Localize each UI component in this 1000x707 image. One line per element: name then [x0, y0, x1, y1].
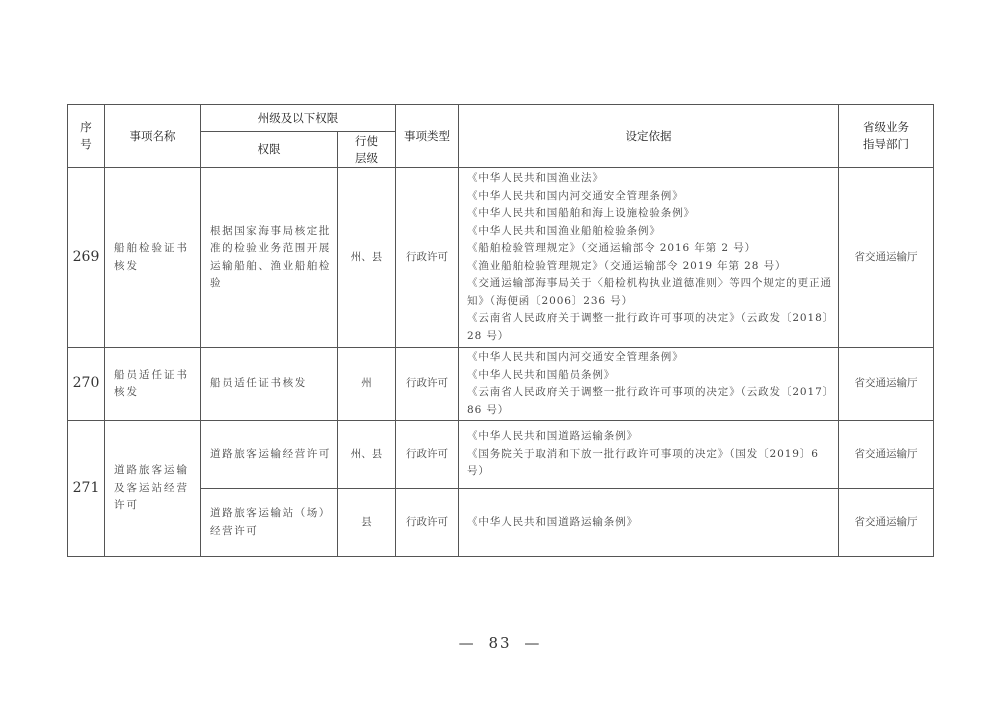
header-basis: 设定依据 — [459, 105, 839, 168]
row-department: 省交通运输厅 — [839, 348, 934, 421]
row-department: 省交通运输厅 — [839, 168, 934, 348]
header-department: 省级业务指导部门 — [839, 105, 934, 168]
row-basis: 《中华人民共和国渔业法》 《中华人民共和国内河交通安全管理条例》 《中华人民共和… — [459, 168, 839, 348]
footer-dash-right: — — [524, 634, 541, 652]
row-item-name: 道路旅客运输及客运站经营许可 — [105, 421, 201, 557]
header-item-type: 事项类型 — [396, 105, 459, 168]
row-item-name: 船员适任证书核发 — [105, 348, 201, 421]
row-basis: 《中华人民共和国道路运输条例》 《国务院关于取消和下放一批行政许可事项的决定》（… — [459, 421, 839, 489]
row-seq: 270 — [68, 348, 105, 421]
row-item-type: 行政许可 — [396, 348, 459, 421]
document-page: 序号 事项名称 州级及以下权限 事项类型 设定依据 省级业务指导部门 权限 行使… — [0, 0, 1000, 707]
row-level: 县 — [338, 489, 396, 557]
basis-line: 《船舶检验管理规定》（交通运输部令 2016 年第 2 号） — [467, 240, 832, 258]
basis-line: 《云南省人民政府关于调整一批行政许可事项的决定》（云政发〔2018〕28 号） — [467, 310, 832, 345]
row-authority: 道路旅客运输经营许可 — [201, 421, 338, 489]
table-row: 271 道路旅客运输及客运站经营许可 道路旅客运输经营许可 州、县 行政许可 《… — [68, 421, 934, 489]
row-seq: 269 — [68, 168, 105, 348]
header-item-name: 事项名称 — [105, 105, 201, 168]
basis-line: 《中华人民共和国船舶和海上设施检验条例》 — [467, 205, 832, 223]
page-footer: — 83 — — [0, 634, 1000, 652]
row-seq: 271 — [68, 421, 105, 557]
header-authority: 权限 — [201, 132, 338, 168]
row-department: 省交通运输厅 — [839, 489, 934, 557]
row-item-type: 行政许可 — [396, 421, 459, 489]
basis-line: 《交通运输部海事局关于〈船检机构执业道德准则〉等四个规定的更正通知》（海便函〔2… — [467, 275, 832, 310]
basis-line: 《中华人民共和国渔业船舶检验条例》 — [467, 223, 832, 241]
basis-line: 《中华人民共和国内河交通安全管理条例》 — [467, 349, 832, 367]
header-level: 行使层级 — [338, 132, 396, 168]
basis-line: 《中华人民共和国渔业法》 — [467, 170, 832, 188]
basis-line: 《国务院关于取消和下放一批行政许可事项的决定》（国发〔2019〕6 号） — [467, 446, 832, 481]
row-level: 州、县 — [338, 168, 396, 348]
header-scope-group: 州级及以下权限 — [201, 105, 396, 132]
basis-line: 《渔业船舶检验管理规定》（交通运输部令 2019 年第 28 号） — [467, 258, 832, 276]
basis-line: 《中华人民共和国内河交通安全管理条例》 — [467, 188, 832, 206]
table-row: 270 船员适任证书核发 船员适任证书核发 州 行政许可 《中华人民共和国内河交… — [68, 348, 934, 421]
footer-dash-left: — — [459, 634, 476, 652]
row-level: 州、县 — [338, 421, 396, 489]
page-number: 83 — [488, 634, 511, 652]
row-item-type: 行政许可 — [396, 489, 459, 557]
row-basis: 《中华人民共和国道路运输条例》 — [459, 489, 839, 557]
row-authority: 根据国家海事局核定批准的检验业务范围开展运输船舶、渔业船舶检验 — [201, 168, 338, 348]
table-row: 269 船舶检验证书核发 根据国家海事局核定批准的检验业务范围开展运输船舶、渔业… — [68, 168, 934, 348]
row-department: 省交通运输厅 — [839, 421, 934, 489]
row-basis: 《中华人民共和国内河交通安全管理条例》 《中华人民共和国船员条例》 《云南省人民… — [459, 348, 839, 421]
row-level: 州 — [338, 348, 396, 421]
row-item-name: 船舶检验证书核发 — [105, 168, 201, 348]
row-item-type: 行政许可 — [396, 168, 459, 348]
row-authority: 船员适任证书核发 — [201, 348, 338, 421]
basis-line: 《中华人民共和国道路运输条例》 — [467, 428, 832, 446]
basis-line: 《中华人民共和国船员条例》 — [467, 367, 832, 385]
row-authority: 道路旅客运输站（场）经营许可 — [201, 489, 338, 557]
basis-line: 《中华人民共和国道路运输条例》 — [467, 514, 832, 532]
header-seq: 序号 — [68, 105, 105, 168]
permission-table: 序号 事项名称 州级及以下权限 事项类型 设定依据 省级业务指导部门 权限 行使… — [67, 104, 934, 557]
basis-line: 《云南省人民政府关于调整一批行政许可事项的决定》（云政发〔2017〕86 号） — [467, 384, 832, 419]
